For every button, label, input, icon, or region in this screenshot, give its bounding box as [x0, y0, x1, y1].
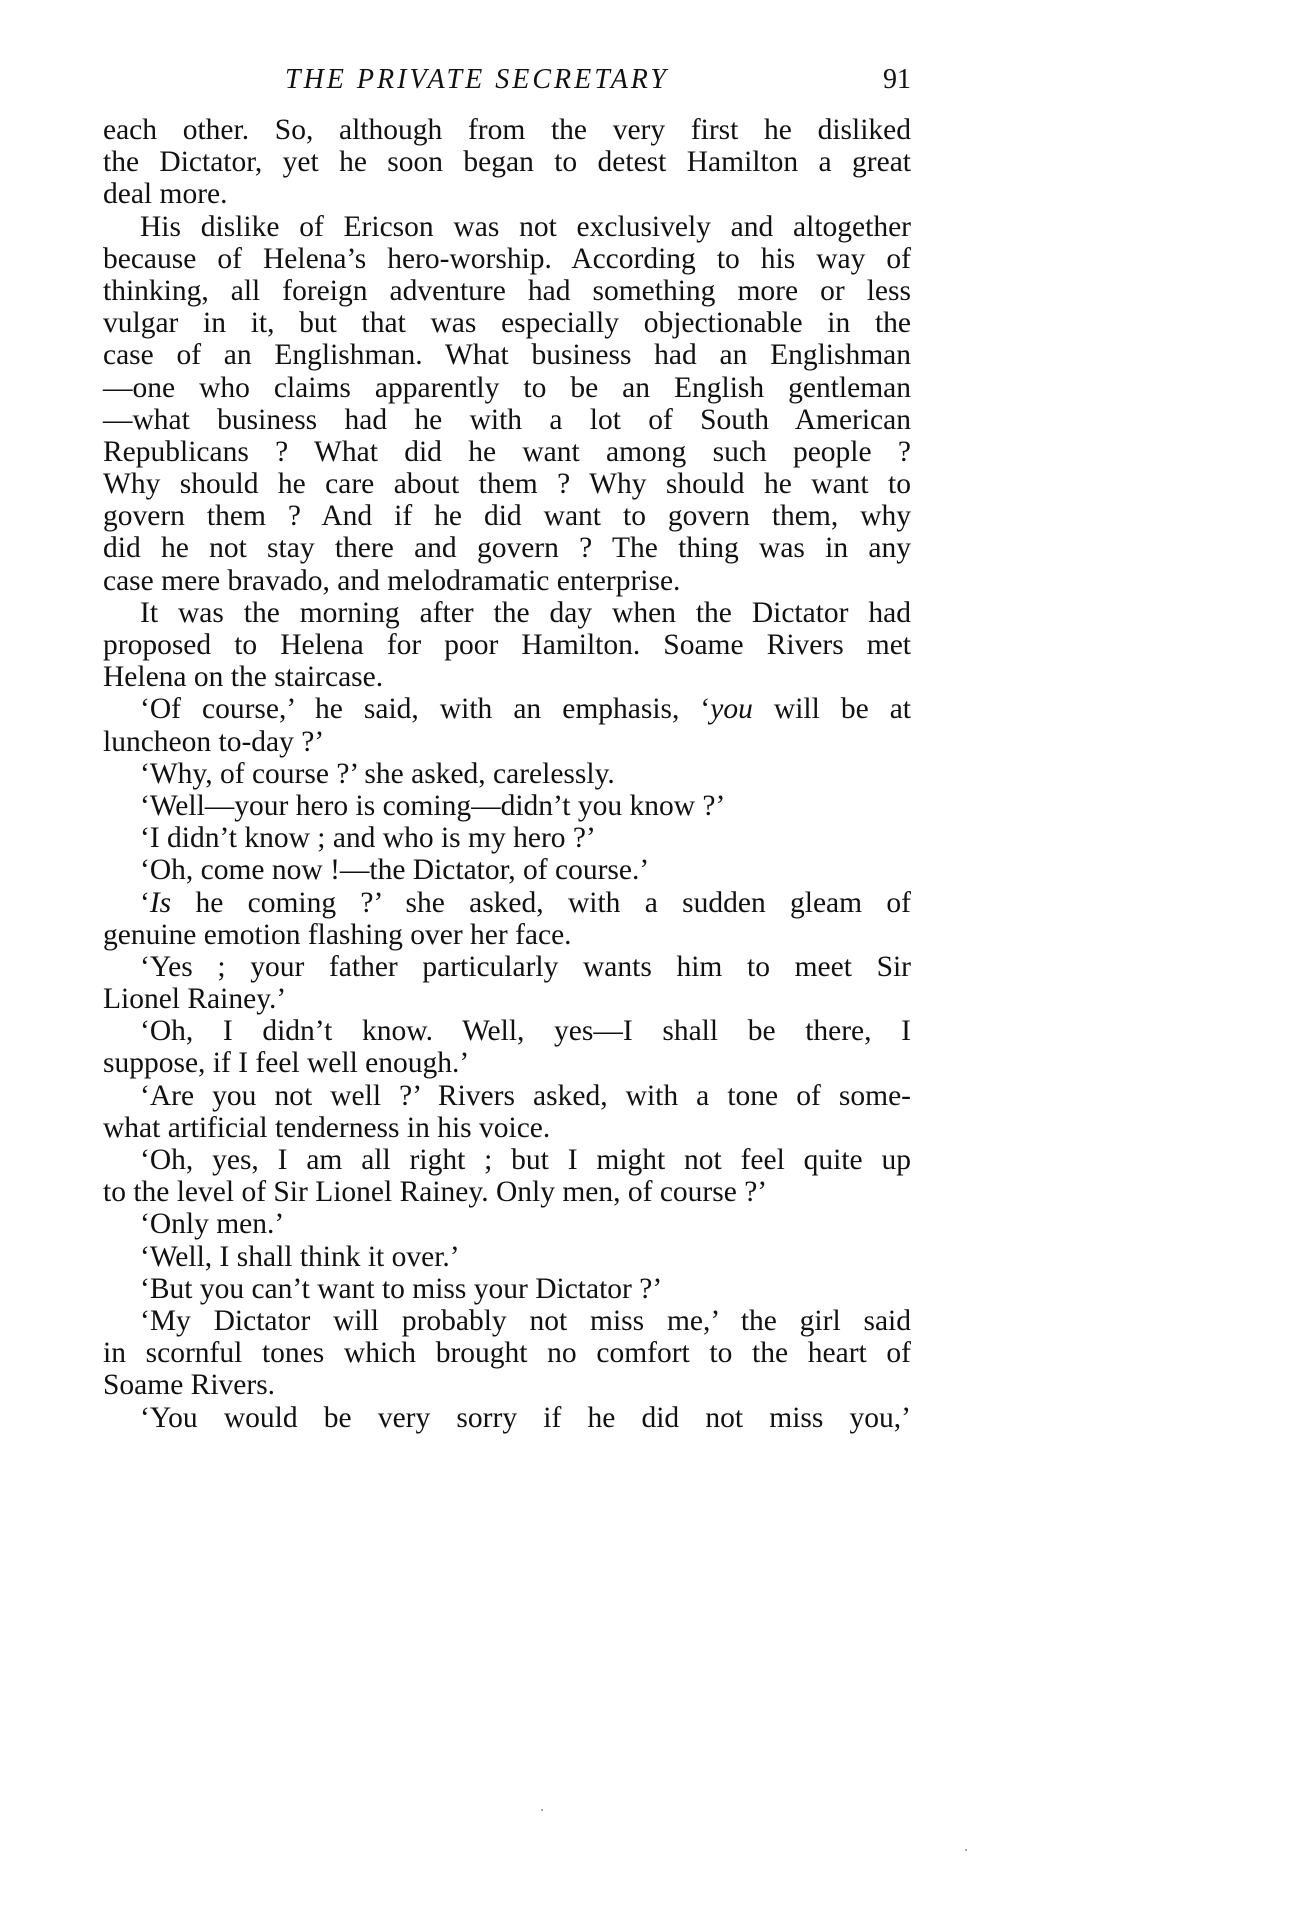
text-line: It was the morning after the day when th…: [103, 597, 911, 629]
text-line: suppose, if I feel well enough.’: [103, 1047, 911, 1079]
text-line: because of Helena’s hero-worship. Accord…: [103, 243, 911, 275]
book-page: THE PRIVATE SECRETARY 91 each other. So,…: [103, 62, 911, 1434]
text-line: ‘Of course,’ he said, with an emphasis, …: [103, 693, 911, 725]
text-line: ‘Well, I shall think it over.’: [103, 1241, 911, 1273]
text-line: each other. So, although from the very f…: [103, 114, 911, 146]
text-line: Soame Rivers.: [103, 1369, 911, 1401]
text-line: ‘Only men.’: [103, 1208, 911, 1240]
text-line: case mere bravado, and melodramatic ente…: [103, 565, 911, 597]
text-line: the Dictator, yet he soon began to detes…: [103, 146, 911, 178]
text-line: case of an Englishman. What business had…: [103, 339, 911, 371]
emphasis: Is: [150, 887, 171, 919]
text-line: ‘Is he coming ?’ she asked, with a sudde…: [103, 887, 911, 919]
text-line: ‘Oh, I didn’t know. Well, yes—I shall be…: [103, 1015, 911, 1047]
page-number: 91: [883, 64, 911, 96]
text-line: deal more.: [103, 178, 911, 210]
text-line: what artificial tenderness in his voice.: [103, 1112, 911, 1144]
text-line: Lionel Rainey.’: [103, 983, 911, 1015]
text-line: ‘Why, of course ?’ she asked, carelessly…: [103, 758, 911, 790]
text-line: ‘You would be very sorry if he did not m…: [103, 1402, 911, 1434]
text-line: genuine emotion flashing over her face.: [103, 919, 911, 951]
scan-speck: [541, 1809, 543, 1811]
text-line: ‘I didn’t know ; and who is my hero ?’: [103, 822, 911, 854]
scan-speck: [965, 1849, 967, 1851]
text-line: did he not stay there and govern ? The t…: [103, 532, 911, 564]
running-title: THE PRIVATE SECRETARY: [103, 64, 911, 96]
text-line: Republicans ? What did he want among suc…: [103, 436, 911, 468]
text-line: His dislike of Ericson was not exclusive…: [103, 211, 911, 243]
text-line: —what business had he with a lot of Sout…: [103, 404, 911, 436]
text-line: ‘Are you not well ?’ Rivers asked, with …: [103, 1080, 911, 1112]
text-line: Why should he care about them ? Why shou…: [103, 468, 911, 500]
text-line: to the level of Sir Lionel Rainey. Only …: [103, 1176, 911, 1208]
text-line: ‘My Dictator will probably not miss me,’…: [103, 1305, 911, 1337]
text-line: govern them ? And if he did want to gove…: [103, 500, 911, 532]
text-line: ‘Oh, come now !—the Dictator, of course.…: [103, 854, 911, 886]
emphasis: you: [710, 693, 753, 725]
text-line: ‘But you can’t want to miss your Dictato…: [103, 1273, 911, 1305]
text-line: Helena on the staircase.: [103, 661, 911, 693]
body-text: each other. So, although from the very f…: [103, 114, 911, 1434]
text-line: proposed to Helena for poor Hamilton. So…: [103, 629, 911, 661]
running-head: THE PRIVATE SECRETARY 91: [103, 62, 911, 102]
text-line: ‘Oh, yes, I am all right ; but I might n…: [103, 1144, 911, 1176]
text-line: —one who claims apparently to be an Engl…: [103, 372, 911, 404]
text-line: in scornful tones which brought no comfo…: [103, 1337, 911, 1369]
text-line: thinking, all foreign adventure had some…: [103, 275, 911, 307]
text-line: luncheon to-day ?’: [103, 726, 911, 758]
text-line: vulgar in it, but that was especially ob…: [103, 307, 911, 339]
text-line: ‘Yes ; your father particularly wants hi…: [103, 951, 911, 983]
text-line: ‘Well—your hero is coming—didn’t you kno…: [103, 790, 911, 822]
